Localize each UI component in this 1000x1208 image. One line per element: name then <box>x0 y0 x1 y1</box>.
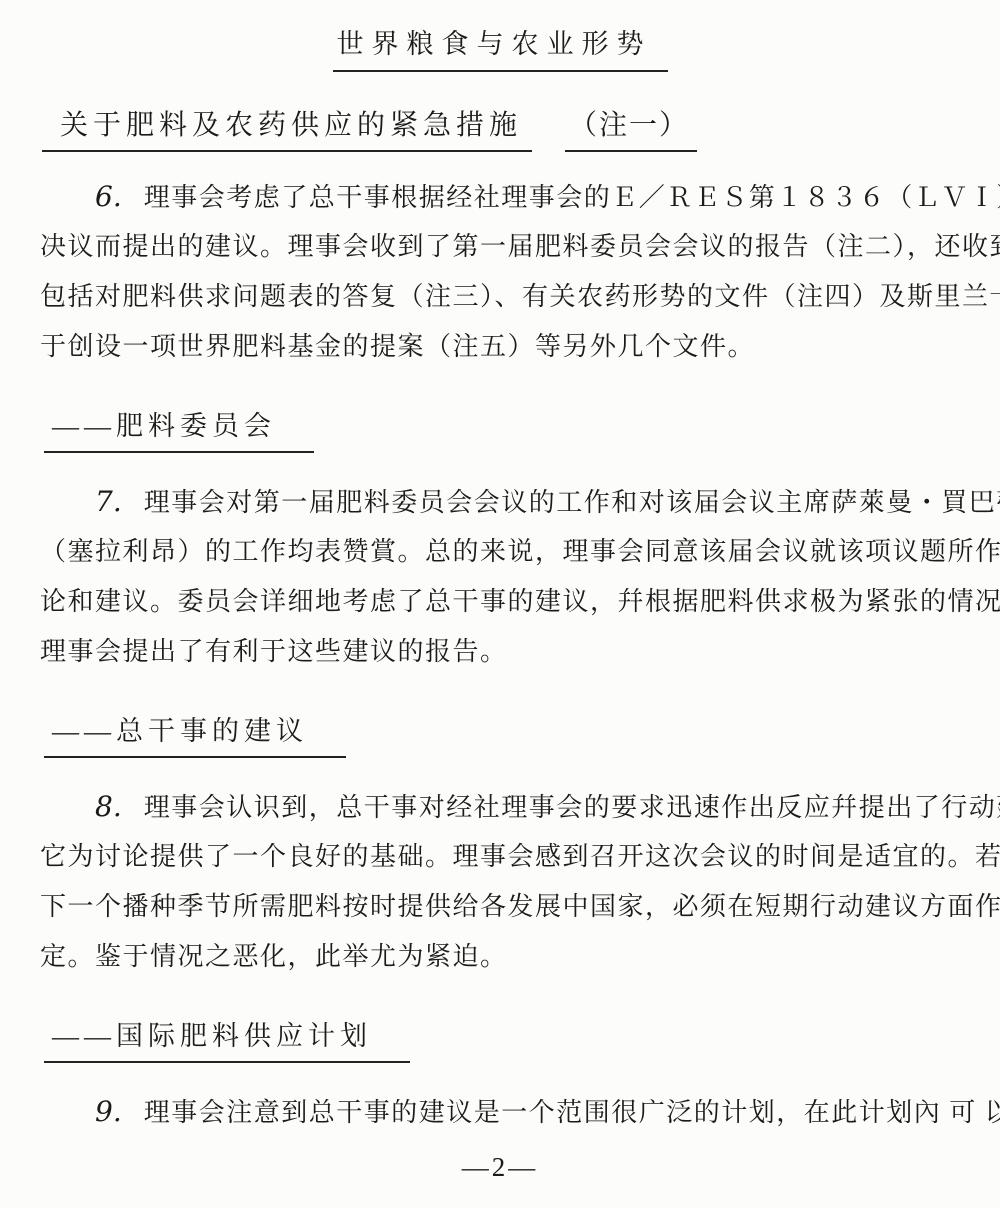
subheading-director-general-proposals: ——总干事的建议 <box>44 709 346 758</box>
paragraph-line: 决议而提出的建议。理事会收到了第一届肥料委员会会议的报告（注二），还收到了 <box>40 222 980 272</box>
subheading-fertilizer-commission: ——肥料委员会 <box>44 404 314 453</box>
paragraph-number: 7. <box>95 485 122 518</box>
paragraph-9: 9.理事会注意到总干事的建议是一个范围很广泛的计划，在此计划內 可 以发 <box>40 1087 980 1137</box>
subheading-international-fertilizer-supply-scheme: ——国际肥料供应计划 <box>44 1014 410 1063</box>
paragraph-line: 它为讨论提供了一个良好的基础。理事会感到召开这次会议的时间是适宜的。若要将 <box>40 832 980 882</box>
subheading-text: ——总干事的建议 <box>44 709 346 758</box>
subheading-text: ——肥料委员会 <box>44 404 314 453</box>
paragraph-8: 8.理事会认识到，总干事对经社理事会的要求迅速作出反应幷提出了行动建议， 它为讨… <box>40 782 980 982</box>
page-title: 世界粮食与农业形势 <box>333 22 668 72</box>
paragraph-line: 定。鉴于情况之恶化，此举尤为紧迫。 <box>40 932 980 982</box>
paragraph-line: 于创设一项世界肥料基金的提案（注五）等另外几个文件。 <box>40 322 980 372</box>
paragraph-line: 6.理事会考虑了总干事根据经社理事会的Ｅ／ＲＥＳ第１８３６（ＬＶＩ）号 <box>40 172 980 222</box>
paragraph-line: 8.理事会认识到，总干事对经社理事会的要求迅速作出反应幷提出了行动建议， <box>40 782 980 832</box>
paragraph-number: 9. <box>95 1095 122 1128</box>
section-heading-note: （注一） <box>565 103 697 152</box>
paragraph-text: 理事会认识到，总干事对经社理事会的要求迅速作出反应幷提出了行动建议， <box>144 793 1000 822</box>
section-heading-text: 关于肥料及农药供应的紧急措施 <box>42 103 532 152</box>
paragraph-text: 理事会对第一届肥料委员会会议的工作和对该届会议主席萨萊曼・買巴蒂 <box>144 488 1000 517</box>
page-number: —2— <box>0 1152 1000 1183</box>
document-page: 世界粮食与农业形势 关于肥料及农药供应的紧急措施 （注一） 6.理事会考虑了总干… <box>0 0 1000 1208</box>
paragraph-line: 下一个播种季节所需肥料按时提供给各发展中国家，必须在短期行动建议方面作出决 <box>40 882 980 932</box>
paragraph-number: 8. <box>95 790 122 823</box>
paragraph-line: 包括对肥料供求问题表的答复（注三）、有关农药形势的文件（注四）及斯里兰卡关 <box>40 272 980 322</box>
paragraph-line: 论和建议。委员会详细地考虑了总干事的建议，幷根据肥料供求极为紧张的情况，向 <box>40 577 980 627</box>
title-wrap: 世界粮食与农业形势 <box>0 22 1000 72</box>
paragraph-line: 理事会提出了有利于这些建议的报告。 <box>40 627 980 677</box>
subheading-text: ——国际肥料供应计划 <box>44 1014 410 1063</box>
paragraph-text: 理事会考虑了总干事根据经社理事会的Ｅ／ＲＥＳ第１８３６（ＬＶＩ）号 <box>144 183 1000 212</box>
paragraph-line: 7.理事会对第一届肥料委员会会议的工作和对该届会议主席萨萊曼・買巴蒂 <box>40 477 980 527</box>
paragraph-line: 9.理事会注意到总干事的建议是一个范围很广泛的计划，在此计划內 可 以发 <box>40 1087 980 1137</box>
section-heading: 关于肥料及农药供应的紧急措施 （注一） <box>42 103 697 152</box>
paragraph-text: 理事会注意到总干事的建议是一个范围很广泛的计划，在此计划內 可 以发 <box>144 1098 1000 1127</box>
paragraph-line: （塞拉利昂）的工作均表赞賞。总的来说，理事会同意该届会议就该项议题所作的结 <box>40 527 980 577</box>
paragraph-7: 7.理事会对第一届肥料委员会会议的工作和对该届会议主席萨萊曼・買巴蒂 （塞拉利昂… <box>40 477 980 677</box>
paragraph-number: 6. <box>95 180 122 213</box>
paragraph-6: 6.理事会考虑了总干事根据经社理事会的Ｅ／ＲＥＳ第１８３６（ＬＶＩ）号 决议而提… <box>40 172 980 372</box>
